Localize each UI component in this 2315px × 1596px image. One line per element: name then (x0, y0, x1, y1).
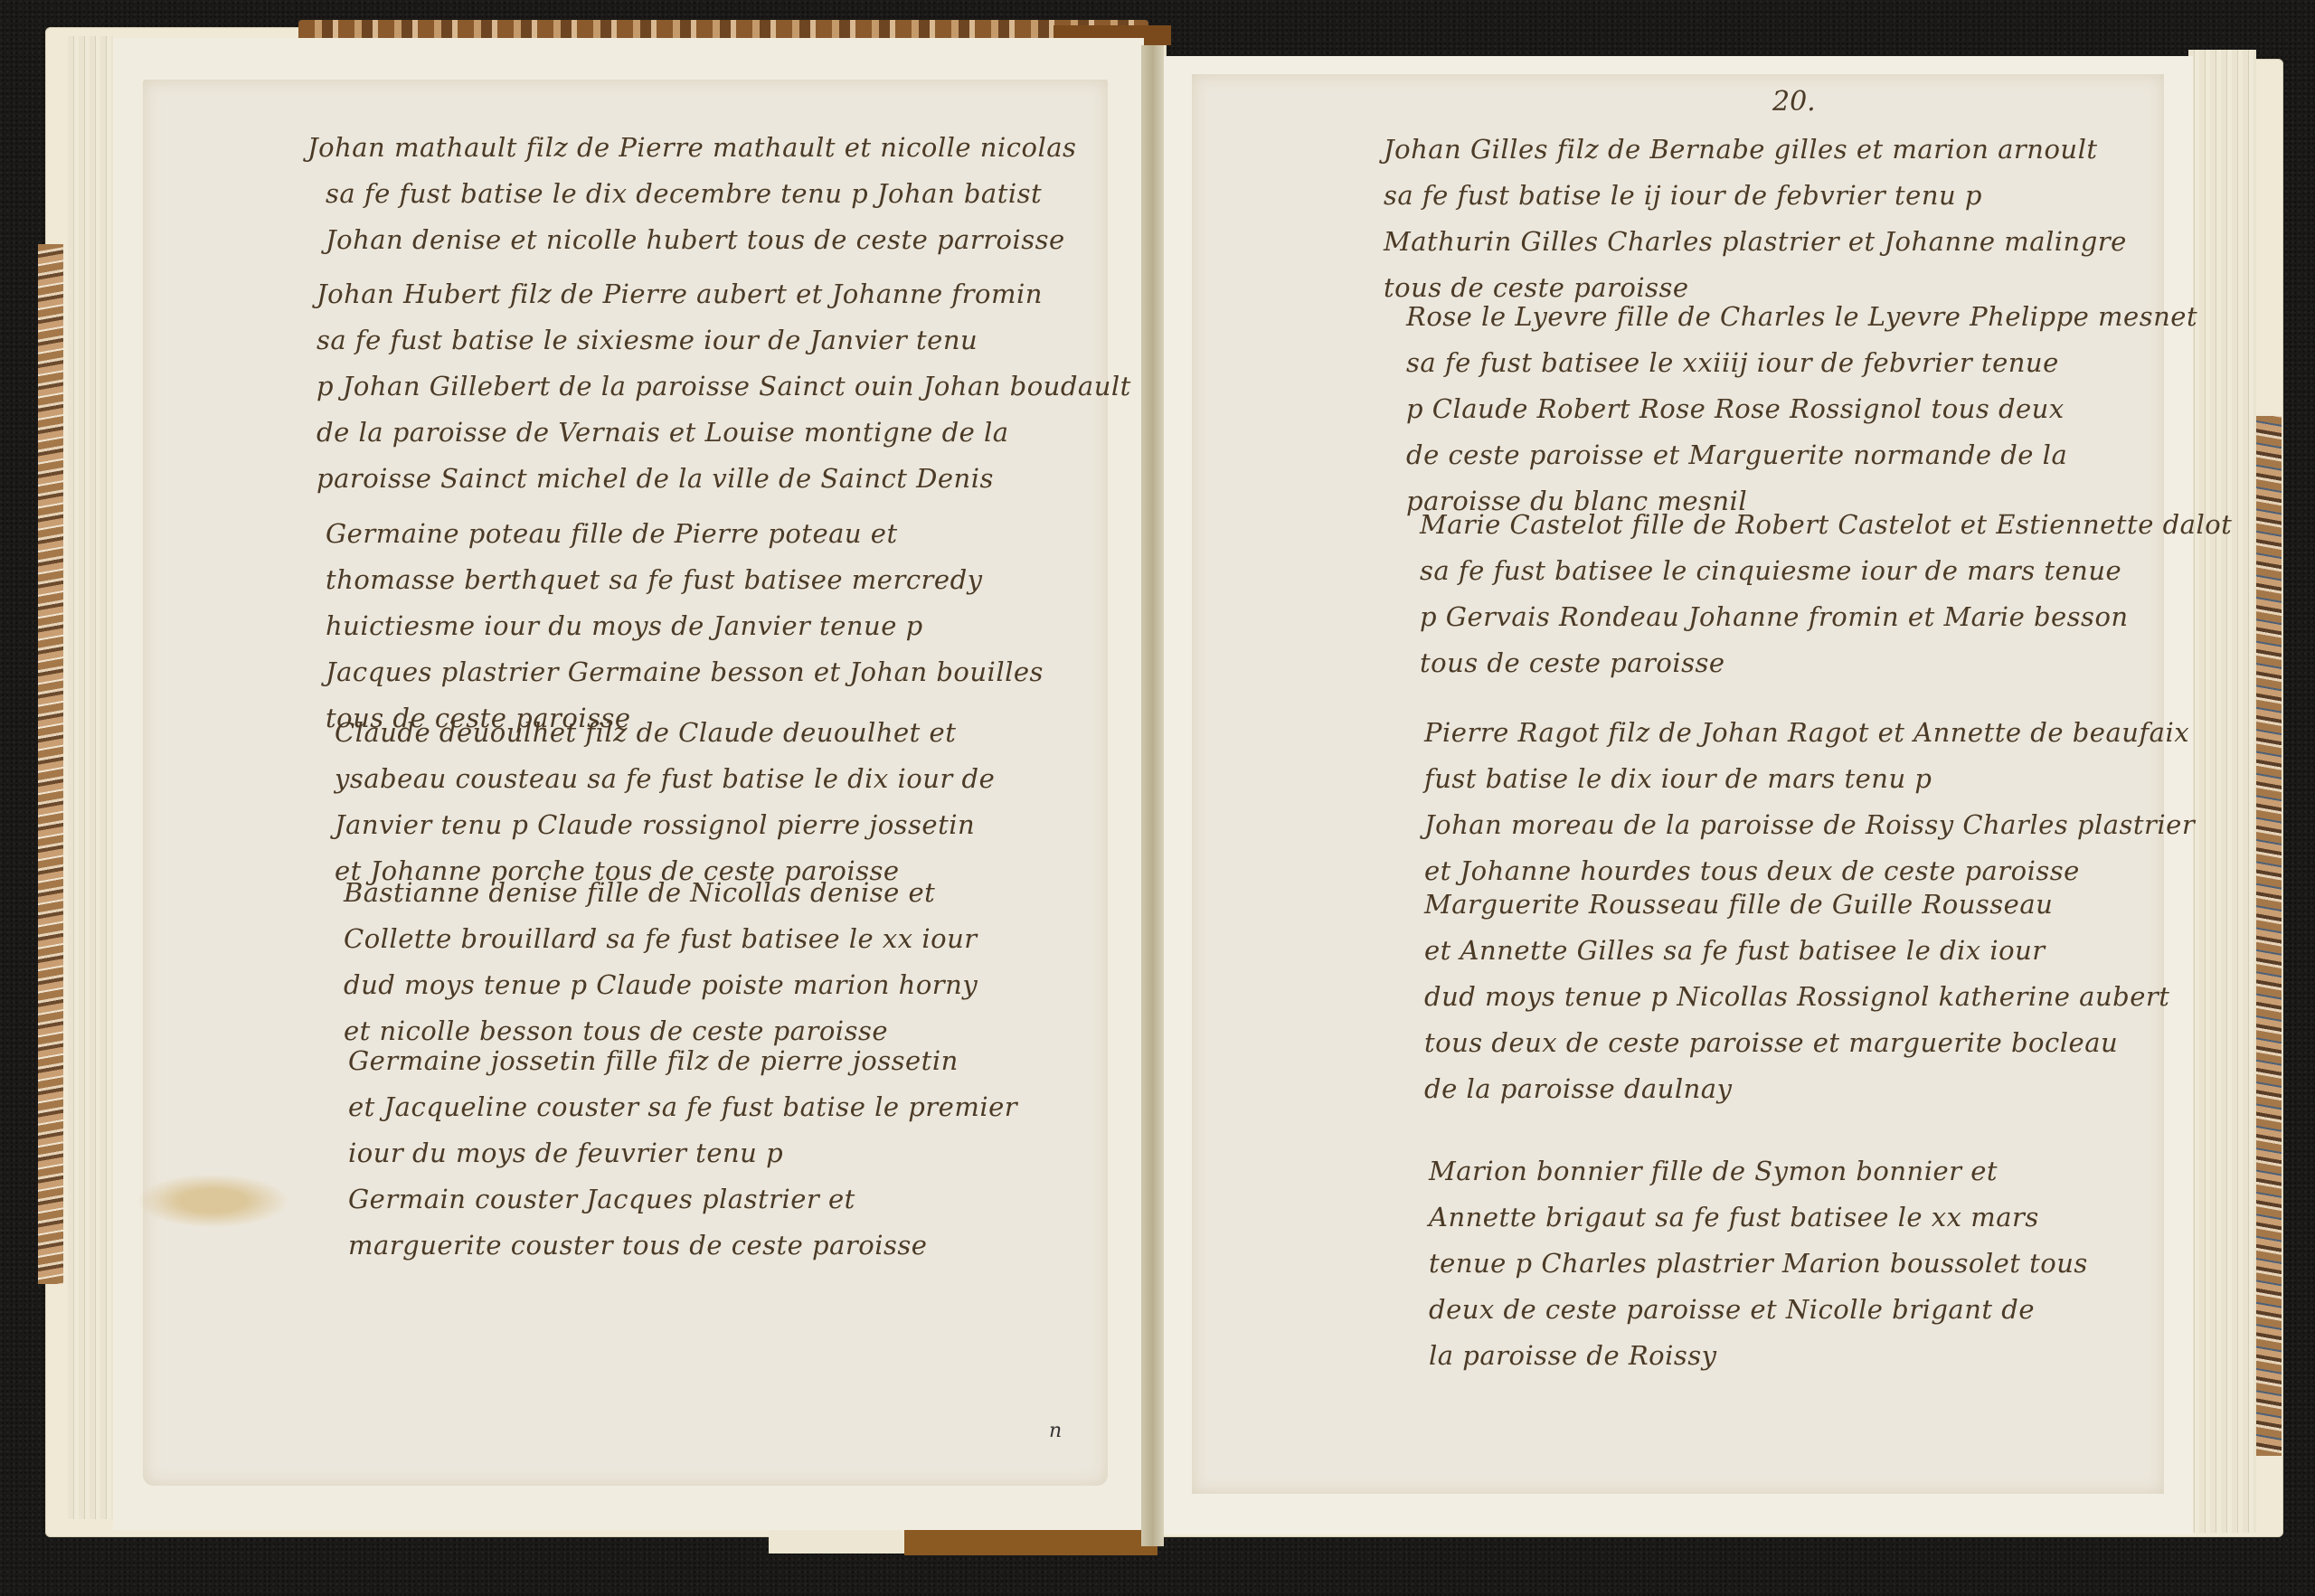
entry-line: Jacques plastrier Germaine besson et Joh… (326, 649, 1044, 695)
entry-line: Marguerite Rousseau fille de Guille Rous… (1424, 882, 2169, 928)
entry-line: de la paroisse de Vernais et Louise mont… (317, 410, 1131, 456)
baptism-entry: Bastianne denise fille de Nicollas denis… (344, 870, 978, 1054)
entry-line: tenue p Charles plastrier Marion boussol… (1429, 1241, 2088, 1287)
entry-line: iour du moys de feuvrier tenu p (348, 1130, 1017, 1176)
entry-line: p Johan Gillebert de la paroisse Sainct … (317, 364, 1131, 410)
entry-line: tous deux de ceste paroisse et marguerit… (1424, 1020, 2169, 1066)
entry-line: Marion bonnier fille de Symon bonnier et (1429, 1148, 2088, 1195)
entry-line: et Jacqueline couster sa fe fust batise … (348, 1084, 1017, 1130)
entry-line: Johan Gilles filz de Bernabe gilles et m… (1384, 127, 2127, 173)
entry-line: Claude deuoulhet filz de Claude deuoulhe… (335, 710, 995, 756)
baptism-entry: Pierre Ragot filz de Johan Ragot et Anne… (1424, 710, 2195, 894)
folio-mark-right: 20. (1772, 86, 1816, 118)
folio-mark-left: n (1049, 1420, 1062, 1442)
baptism-entry: Germaine poteau fille de Pierre poteau e… (326, 511, 1044, 741)
baptism-entry: Germaine jossetin fille filz de pierre j… (348, 1038, 1017, 1269)
entry-line: sa fe fust batise le dix decembre tenu p… (307, 171, 1076, 217)
entry-line: deux de ceste paroisse et Nicolle brigan… (1429, 1287, 2088, 1333)
entry-line: Johan moreau de la paroisse de Roissy Ch… (1424, 802, 2195, 848)
entry-line: Johan Hubert filz de Pierre aubert et Jo… (317, 271, 1131, 317)
paper-stain (136, 1174, 289, 1228)
entry-line: et Annette Gilles sa fe fust batisee le … (1424, 928, 2169, 974)
entry-line: Germaine poteau fille de Pierre poteau e… (326, 511, 1044, 557)
baptism-entry: Johan mathault filz de Pierre mathault e… (307, 125, 1076, 263)
marbled-edge-right (2254, 416, 2282, 1456)
baptism-entry: Marie Castelot fille de Robert Castelot … (1420, 502, 2232, 686)
entry-line: fust batise le dix iour de mars tenu p (1424, 756, 2195, 802)
entry-line: marguerite couster tous de ceste paroiss… (348, 1223, 1017, 1269)
entry-line: dud moys tenue p Claude poiste marion ho… (344, 962, 978, 1008)
baptism-entry: Johan Hubert filz de Pierre aubert et Jo… (317, 271, 1131, 502)
entry-line: Germaine jossetin fille filz de pierre j… (348, 1038, 1017, 1084)
entry-line: sa fe fust batise le ij iour de febvrier… (1384, 173, 2127, 219)
entry-line: Collette brouillard sa fe fust batisee l… (344, 916, 978, 962)
entry-line: huictiesme iour du moys de Janvier tenue… (326, 603, 1044, 649)
entry-line: Pierre Ragot filz de Johan Ragot et Anne… (1424, 710, 2195, 756)
entry-line: de ceste paroisse et Marguerite normande… (1406, 432, 2197, 478)
entry-line: Mathurin Gilles Charles plastrier et Joh… (1384, 219, 2127, 265)
entry-line: sa fe fust batisee le xxiiij iour de feb… (1406, 340, 2197, 386)
bottom-leather-corner (904, 1528, 1157, 1555)
entry-line: Germain couster Jacques plastrier et (348, 1176, 1017, 1223)
entry-line: paroisse Sainct michel de la ville de Sa… (317, 456, 1131, 502)
page-edges-left (68, 36, 113, 1519)
entry-line: thomasse berthquet sa fe fust batisee me… (326, 557, 1044, 603)
entry-line: Rose le Lyevre fille de Charles le Lyevr… (1406, 294, 2197, 340)
bottom-flap (769, 1526, 913, 1554)
entry-line: Bastianne denise fille de Nicollas denis… (344, 870, 978, 916)
baptism-entry: Rose le Lyevre fille de Charles le Lyevr… (1406, 294, 2197, 524)
marbled-edge-left (38, 244, 63, 1284)
entry-line: p Claude Robert Rose Rose Rossignol tous… (1406, 386, 2197, 432)
page-edges-right (2188, 50, 2256, 1533)
entry-line: Johan mathault filz de Pierre mathault e… (307, 125, 1076, 171)
entry-line: Annette brigaut sa fe fust batisee le xx… (1429, 1195, 2088, 1241)
entry-line: ysabeau cousteau sa fe fust batise le di… (335, 756, 995, 802)
book-gutter (1141, 45, 1164, 1546)
entry-line: sa fe fust batise le sixiesme iour de Ja… (317, 317, 1131, 364)
entry-line: sa fe fust batisee le cinquiesme iour de… (1420, 548, 2232, 594)
entry-line: dud moys tenue p Nicollas Rossignol kath… (1424, 974, 2169, 1020)
baptism-entry: Marion bonnier fille de Symon bonnier et… (1429, 1148, 2088, 1379)
baptism-entry: Marguerite Rousseau fille de Guille Rous… (1424, 882, 2169, 1112)
entry-line: Janvier tenu p Claude rossignol pierre j… (335, 802, 995, 848)
entry-line: de la paroisse daulnay (1424, 1066, 2169, 1112)
entry-line: Johan denise et nicolle hubert tous de c… (307, 217, 1076, 263)
entry-line: la paroisse de Roissy (1429, 1333, 2088, 1379)
entry-line: p Gervais Rondeau Johanne fromin et Mari… (1420, 594, 2232, 640)
entry-line: tous de ceste paroisse (1420, 640, 2232, 686)
baptism-entry: Claude deuoulhet filz de Claude deuoulhe… (335, 710, 995, 894)
baptism-entry: Johan Gilles filz de Bernabe gilles et m… (1384, 127, 2127, 311)
entry-line: Marie Castelot fille de Robert Castelot … (1420, 502, 2232, 548)
